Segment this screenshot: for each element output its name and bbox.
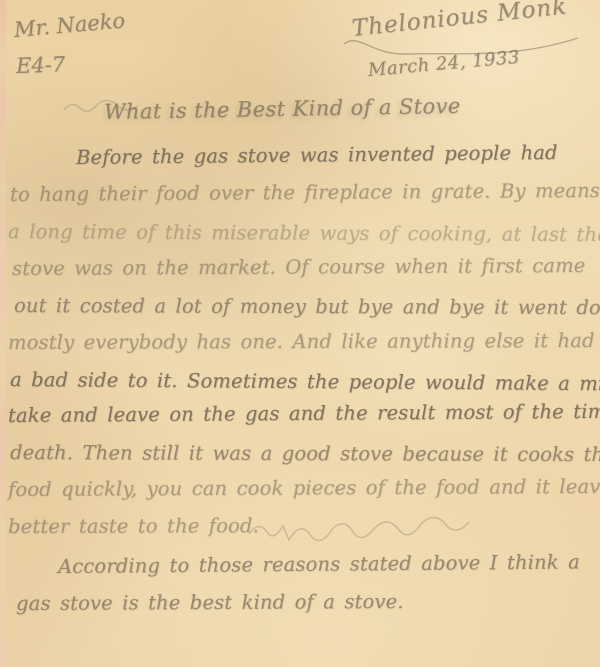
scanned-essay-page: Mr. Naeko E4-7 Thelonious Monk March 24,… — [0, 0, 600, 667]
date: March 24, 1933 — [367, 47, 521, 81]
signature: Thelonious Monk — [351, 0, 569, 42]
erased-pencil-marks — [245, 512, 495, 546]
essay-line-4: stove was on the market. Of course when … — [12, 254, 585, 280]
essay-line-10: food quickly, you can cook pieces of the… — [8, 475, 600, 501]
essay-line-6: mostly everybody has one. And like anyth… — [8, 329, 595, 354]
essay-line-1: Before the gas stove was invented people… — [76, 141, 558, 169]
essay-line-11: better taste to the food. — [8, 514, 259, 538]
essay-line-8: take and leave on the gas and the result… — [8, 399, 600, 427]
essay-line-12: According to those reasons stated above … — [58, 550, 580, 578]
paper-edge-left — [0, 0, 6, 667]
essay-line-3: a long time of this miserable ways of co… — [8, 220, 600, 246]
essay-line-13: gas stove is the best kind of a stove. — [16, 590, 404, 615]
essay-line-7: a bad side to it. Sometimes the people w… — [10, 368, 600, 395]
essay-line-9: death. Then still it was a good stove be… — [10, 441, 600, 466]
essay-line-5: out it costed a lot of money but bye and… — [14, 294, 600, 319]
header-teacher-name: Mr. Naeko — [13, 8, 126, 42]
header-class-code: E4-7 — [16, 52, 66, 78]
essay-line-2: to hang their food over the fireplace in… — [10, 178, 600, 206]
